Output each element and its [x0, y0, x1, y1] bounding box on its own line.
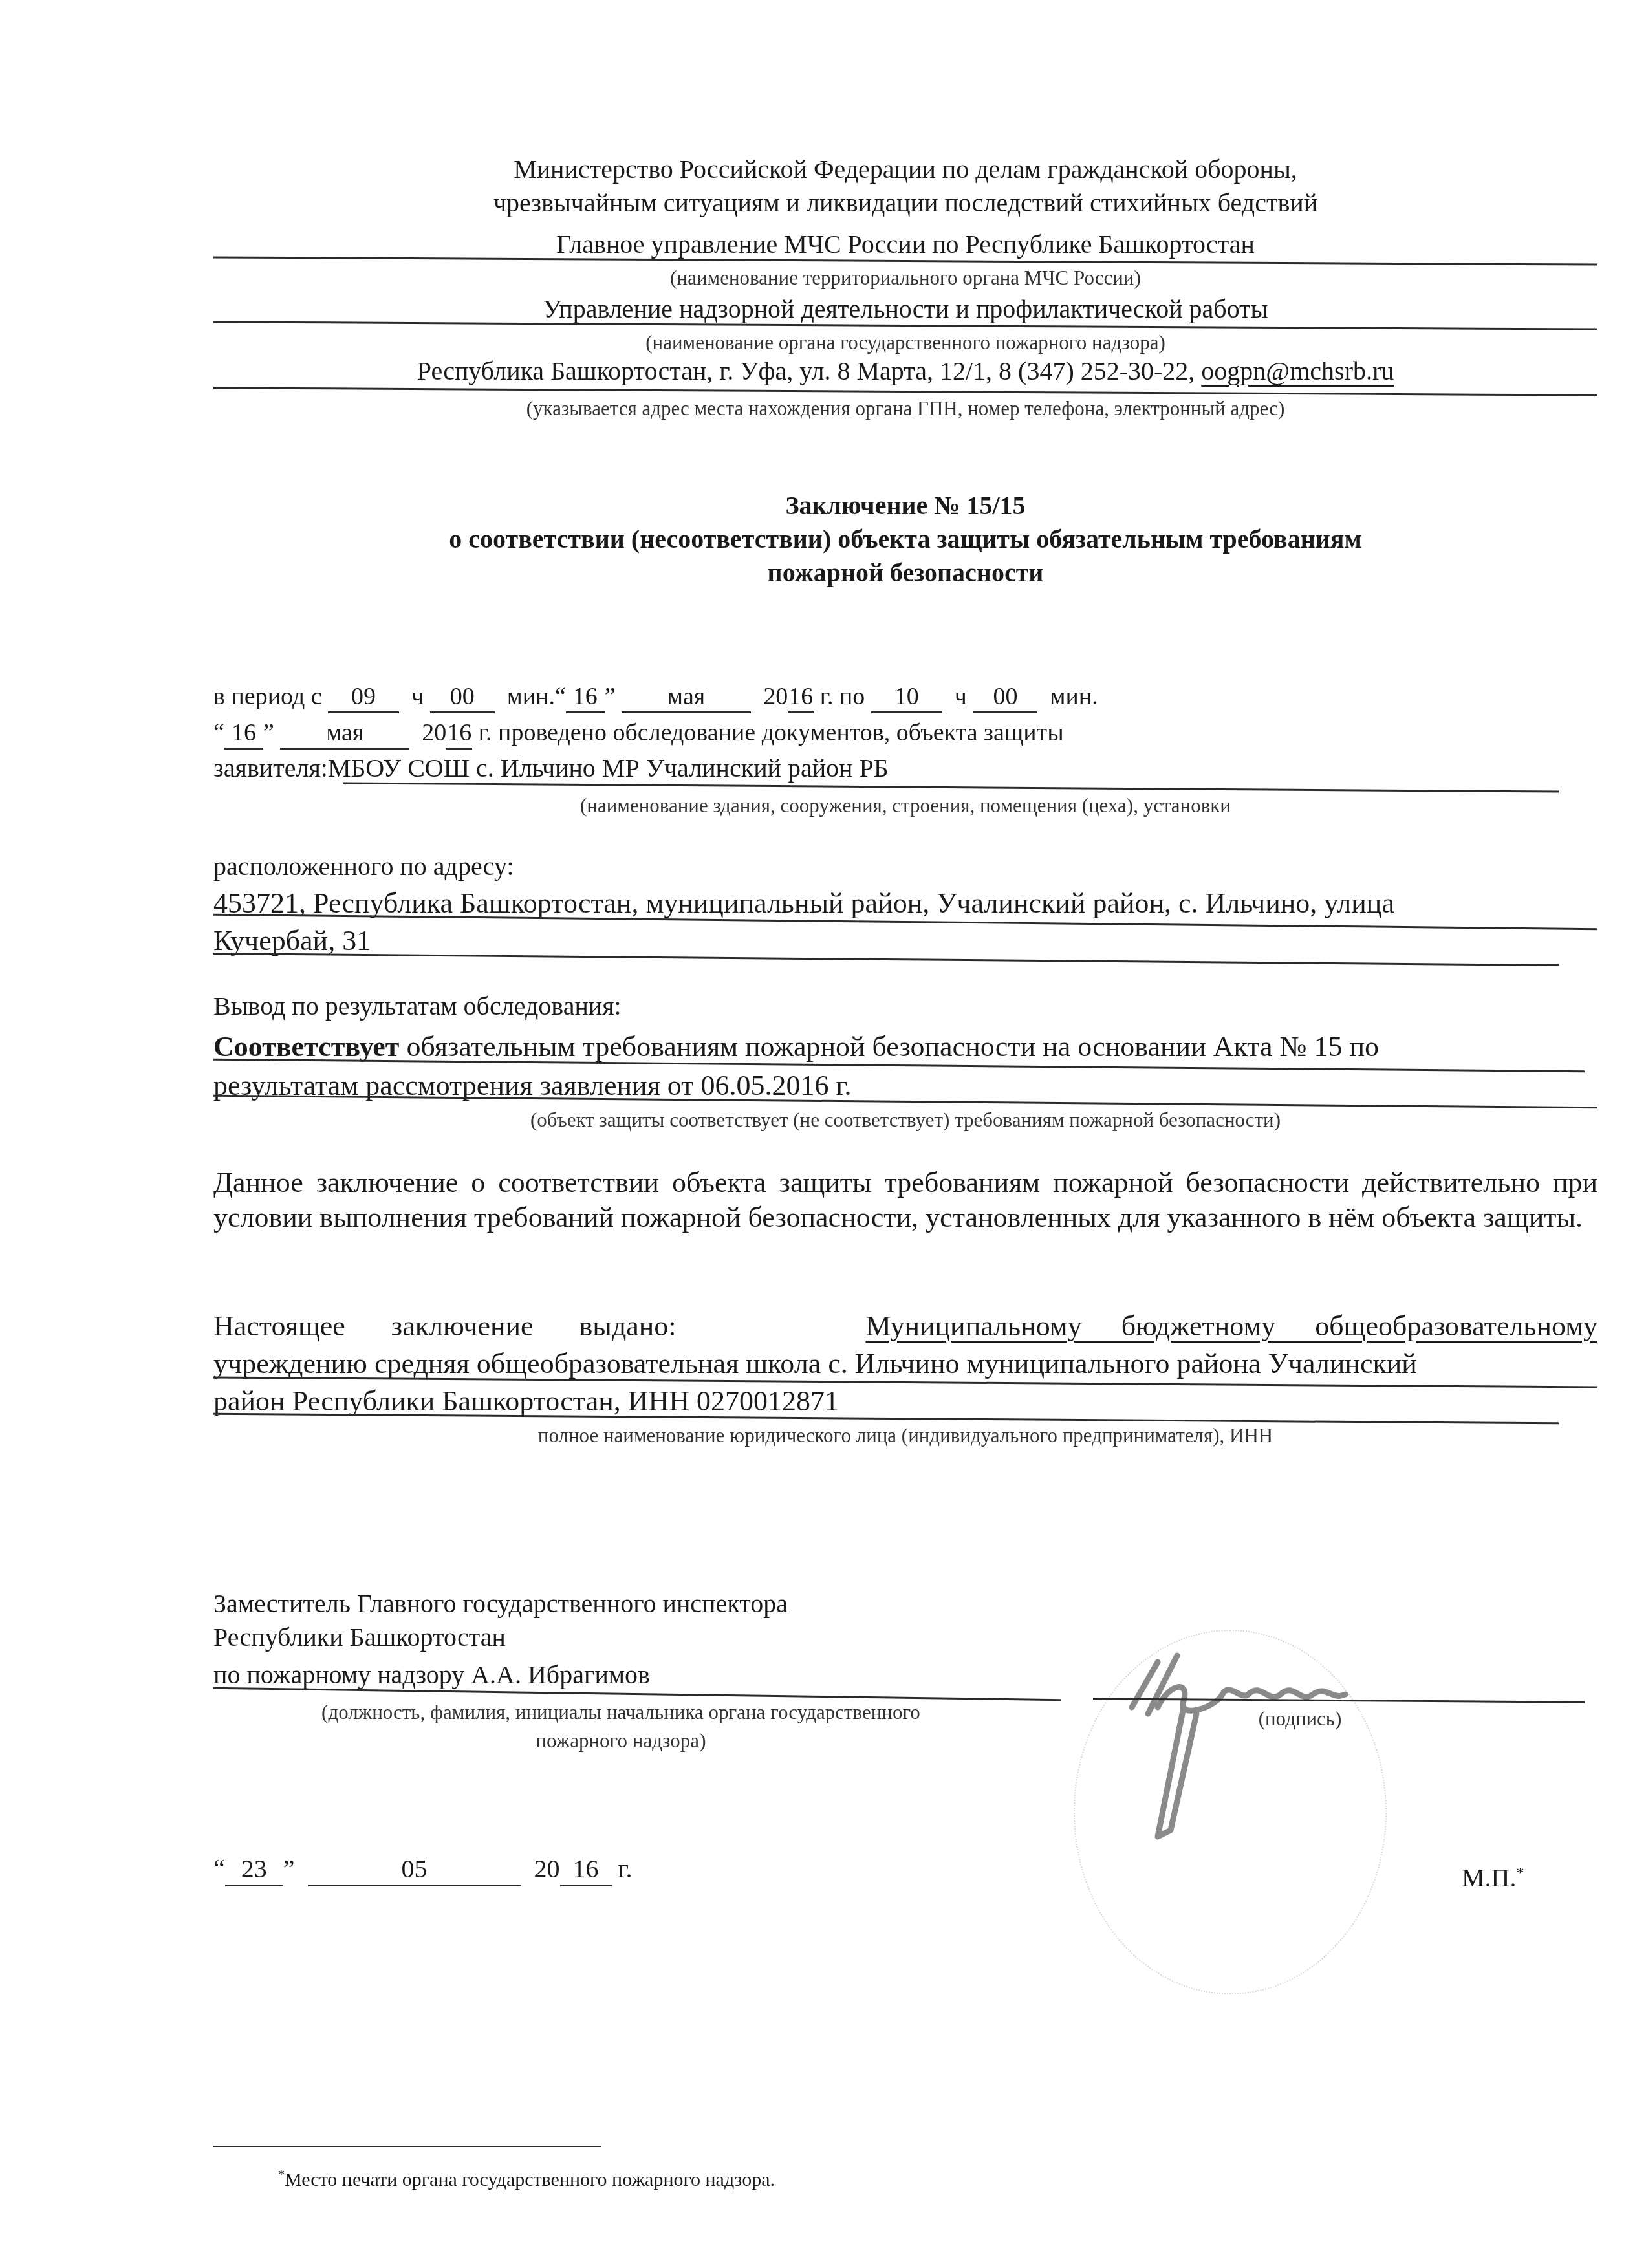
issued-to-value-line2: учреждению средняя общеобразовательная ш…	[213, 1346, 1597, 1381]
conclusion-verdict: Соответствует	[213, 1031, 399, 1063]
end-hour-label: ч	[955, 683, 967, 710]
end-hour-field[interactable]: 10	[871, 682, 942, 713]
fire-authority-caption: (наименование органа государственного по…	[194, 331, 1617, 354]
end-year-prefix: 20	[422, 719, 446, 746]
end-minute-field[interactable]: 00	[973, 682, 1037, 713]
start-minute-field[interactable]: 00	[430, 682, 495, 713]
footnote-separator	[213, 2146, 601, 2147]
seal-placeholder: М.П.*	[1462, 1857, 1524, 1894]
territorial-body-caption: (наименование территориального органа МЧ…	[194, 266, 1617, 290]
applicant-label: заявителя:	[213, 753, 328, 783]
authority-address-text: Республика Башкортостан, г. Уфа, ул. 8 М…	[417, 356, 1202, 385]
signatory-caption-line1: (должность, фамилия, инициалы начальника…	[246, 1701, 996, 1724]
signatory-line3: по пожарному надзору А.А. Ибрагимов	[213, 1659, 650, 1690]
applicant-value[interactable]: МБОУ СОШ с. Ильчино МР Учалинский район …	[328, 753, 889, 783]
authority-address-underline	[213, 387, 1597, 396]
applicant-underline	[343, 782, 1559, 792]
document-subtitle-line1: о соответствии (несоответствии) объекта …	[194, 524, 1617, 555]
issue-day-field[interactable]: 23	[225, 1853, 283, 1886]
issue-month-field[interactable]: 05	[308, 1853, 521, 1886]
start-month-field[interactable]: мая	[622, 682, 751, 713]
end-minute-label: мин.	[1050, 683, 1098, 710]
to-label: г. по	[820, 683, 865, 710]
issue-date: “23” 05 2016 г.	[213, 1853, 632, 1886]
fire-authority: Управление надзорной деятельности и проф…	[194, 294, 1617, 325]
validity-paragraph: Данное заключение о соответствии объекта…	[213, 1165, 1597, 1235]
conclusion-label: Вывод по результатам обследования:	[213, 991, 622, 1022]
authority-email-link[interactable]: oogpn@mchsrb.ru	[1201, 356, 1394, 385]
conclusion-line1: Соответствует обязательным требованиям п…	[213, 1030, 1597, 1064]
location-underline2	[213, 953, 1559, 966]
document-subtitle-line2: пожарной безопасности	[194, 557, 1617, 589]
end-year-field[interactable]: 16	[446, 718, 472, 750]
seal-label: М.П.	[1462, 1863, 1516, 1892]
start-day-field[interactable]: 16	[566, 682, 605, 713]
start-hour-field[interactable]: 09	[328, 682, 399, 713]
signature-caption: (подпись)	[1203, 1707, 1397, 1731]
issue-year-label: г.	[618, 1854, 633, 1883]
conclusion-line1-rest: обязательным требованиям пожарной безопа…	[399, 1031, 1379, 1063]
end-month-field[interactable]: мая	[280, 718, 409, 750]
applicant-row: заявителя:МБОУ СОШ с. Ильчино МР Учалинс…	[213, 753, 889, 784]
conclusion-caption: (объект защиты соответствует (не соответ…	[194, 1108, 1617, 1132]
signatory-line2: Республики Башкортостан	[213, 1622, 506, 1653]
applicant-caption: (наименование здания, сооружения, строен…	[194, 794, 1617, 817]
ministry-name-line2: чрезвычайным ситуациям и ликвидации посл…	[194, 188, 1617, 219]
survey-text: г. проведено обследование документов, об…	[479, 719, 1064, 746]
footnote-mark: *	[278, 2168, 285, 2182]
issue-year-prefix: 20	[534, 1854, 560, 1883]
issued-line1: Настоящее заключение выдано: Муниципальн…	[213, 1309, 1597, 1344]
signatory-caption-line2: пожарного надзора)	[246, 1729, 996, 1753]
issued-caption: полное наименование юридического лица (и…	[194, 1424, 1617, 1447]
handwritten-signature	[1087, 1643, 1410, 1863]
start-year-prefix: 20	[763, 683, 788, 710]
issue-year-field[interactable]: 16	[560, 1853, 612, 1886]
start-year-field[interactable]: 16	[788, 682, 814, 713]
issued-label: Настоящее заключение выдано:	[213, 1309, 677, 1344]
ministry-name-line1: Министерство Российской Федерации по дел…	[194, 154, 1617, 185]
document-title: Заключение № 15/15	[194, 490, 1617, 521]
authority-address-caption: (указывается адрес места нахождения орга…	[194, 397, 1617, 420]
period-line1: в период с 09 ч 00 мин.“16” мая 2016 г. …	[213, 682, 1597, 713]
territorial-body: Главное управление МЧС России по Республ…	[194, 229, 1617, 260]
footnote: *Место печати органа государственного по…	[278, 2163, 775, 2192]
location-label: расположенного по адресу:	[213, 851, 514, 882]
seal-footnote-mark: *	[1516, 1864, 1524, 1881]
period-prefix: в период с	[213, 683, 322, 710]
signatory-line1: Заместитель Главного государственного ин…	[213, 1588, 788, 1619]
footnote-text: Место печати органа государственного пож…	[285, 2169, 775, 2190]
minute-label: мин.	[507, 683, 555, 710]
issued-to-value-line1: Муниципальному бюджетному общеобразовате…	[865, 1309, 1597, 1344]
hour-label: ч	[411, 683, 424, 710]
period-line2: “16” мая 2016 г. проведено обследование …	[213, 718, 1597, 750]
end-day-field[interactable]: 16	[224, 718, 263, 750]
authority-address: Республика Башкортостан, г. Уфа, ул. 8 М…	[194, 356, 1617, 387]
